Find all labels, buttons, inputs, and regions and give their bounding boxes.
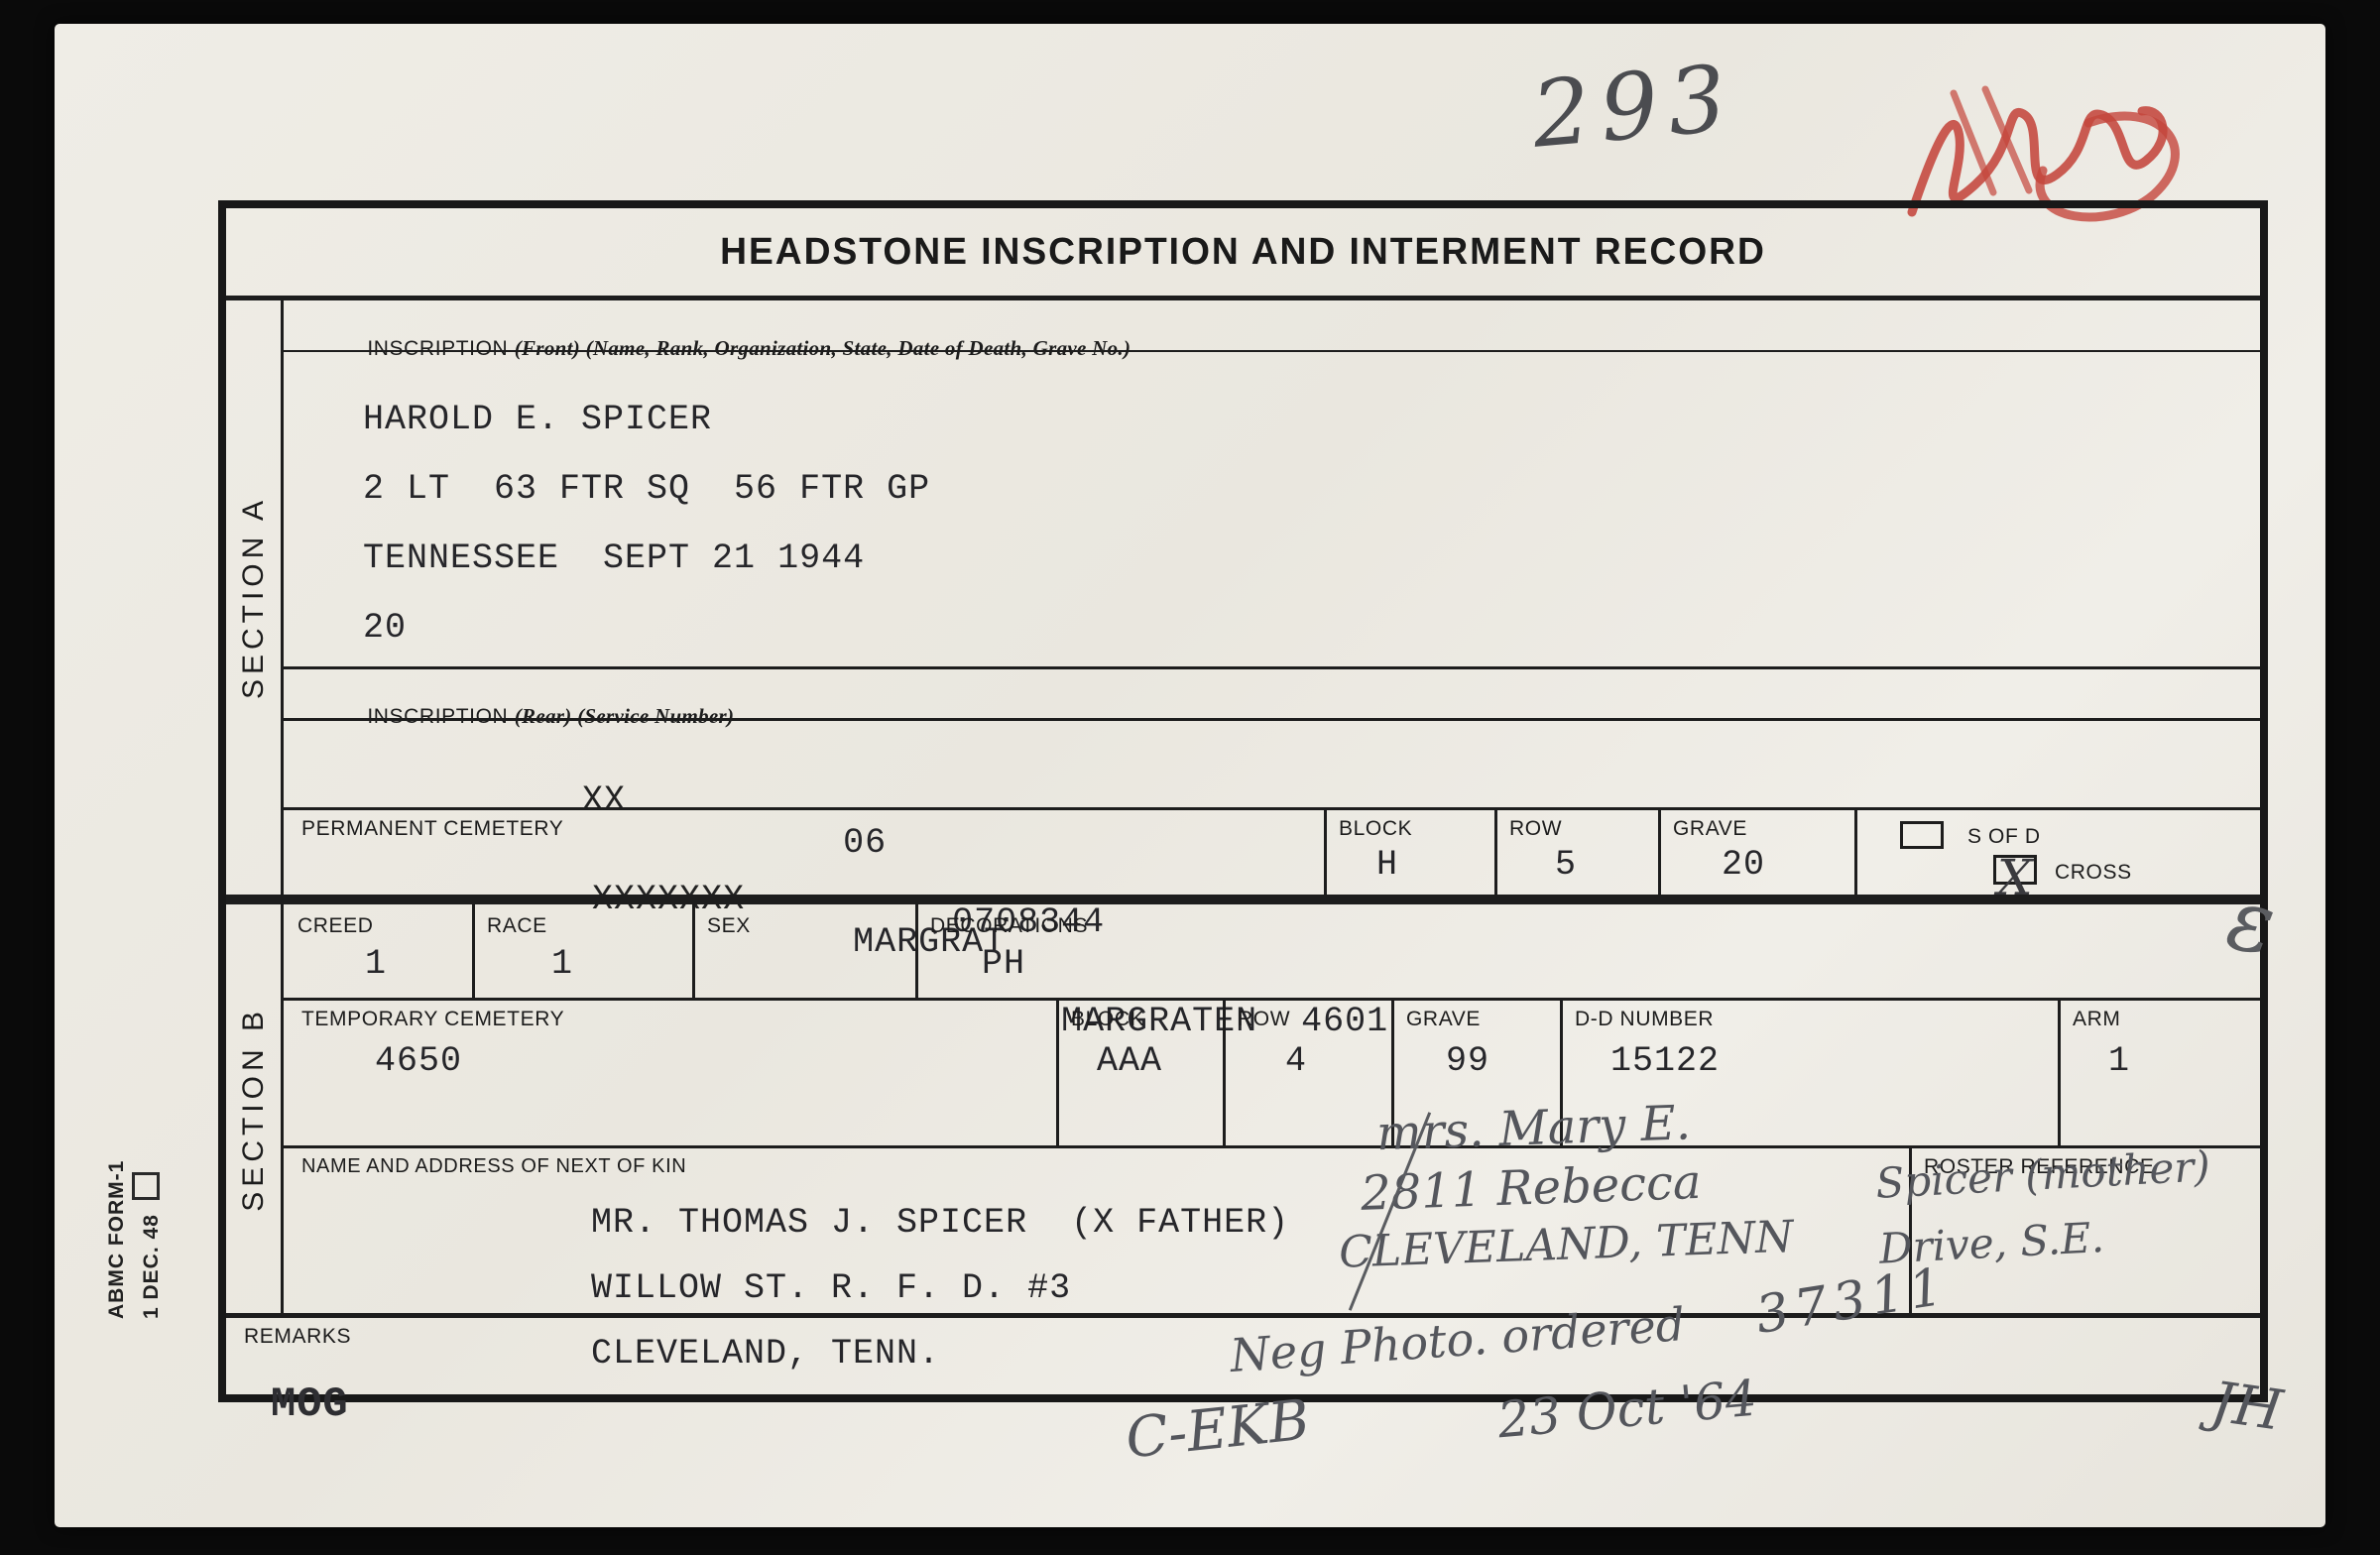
creed-label: CREED: [297, 914, 374, 938]
kin-handwritten-note: mrs. Mary E. 2811 Rebecca CLEVELAND, TEN…: [1375, 1090, 1795, 1280]
decorations-value: PH: [982, 944, 1025, 984]
dd-number-label: D-D NUMBER: [1575, 1008, 1714, 1031]
form-title: HEADSTONE INSCRIPTION AND INTERMENT RECO…: [247, 208, 2240, 296]
bottom-code: MOG: [271, 1380, 349, 1428]
perm-block-line: [1324, 810, 1327, 895]
permanent-cemetery-value: MARGRAT XXXXXXX MARGRATEN 4601: [373, 843, 1388, 1081]
inscription-rear-label: INSCRIPTION (Rear) (Service Number): [303, 680, 734, 753]
perm-row-topline: [284, 807, 2260, 810]
paper-card: 293 HEADSTONE INSCRIPTION AND INTERMENT …: [55, 24, 2325, 1527]
temp-row-value: 4: [1285, 1041, 1307, 1081]
perm-grave-label: GRAVE: [1673, 817, 1747, 841]
perm-grave-value: 20: [1722, 845, 1765, 885]
s-of-d-checkbox: [1900, 821, 1944, 849]
section-divider: [226, 895, 2260, 904]
temp-row-line: [1223, 1001, 1226, 1145]
scanned-record: 293 HEADSTONE INSCRIPTION AND INTERMENT …: [0, 0, 2380, 1555]
permanent-cemetery-label: PERMANENT CEMETERY: [301, 817, 563, 841]
page-number-handwritten: 293: [1528, 45, 1740, 169]
form-id-block: ABMC FORM-1 1 DEC. 48: [102, 1029, 168, 1319]
perm-row-value: 5: [1555, 845, 1577, 885]
rear-label-underline: [284, 718, 2260, 721]
race-value: 1: [551, 944, 573, 984]
temp-grave-label: GRAVE: [1406, 1008, 1481, 1031]
decorations-label: DECORATIONS: [930, 914, 1088, 938]
temp-block-label: BLOCK: [1071, 1008, 1144, 1031]
temp-block-line: [1056, 1001, 1059, 1145]
remarks-label: REMARKS: [244, 1325, 351, 1349]
sex-line: [692, 904, 695, 998]
front-label-underline: [284, 350, 2260, 352]
next-of-kin-label: NAME AND ADDRESS OF NEXT OF KIN: [301, 1155, 686, 1178]
s-of-d-label: S OF D: [1967, 825, 2041, 849]
race-label: RACE: [487, 914, 547, 938]
perm-row-line: [1494, 810, 1497, 895]
inscription-front-value: HAROLD E. SPICER 2 LT 63 FTR SQ 56 FTR G…: [363, 385, 930, 662]
section-a-label: SECTION A: [237, 496, 271, 699]
temp-block-value: AAA: [1097, 1041, 1162, 1081]
arm-value: 1: [2108, 1041, 2130, 1081]
perm-block-label: BLOCK: [1339, 817, 1412, 841]
temp-row-label: ROW: [1238, 1008, 1290, 1031]
arm-label: ARM: [2073, 1008, 2120, 1031]
next-of-kin-value: MR. THOMAS J. SPICER (X FATHER) WILLOW S…: [591, 1190, 1289, 1386]
rear-row-topline: [284, 666, 2260, 669]
section-b-strip: SECTION B: [226, 904, 284, 1313]
creed-value: 1: [365, 944, 387, 984]
corner-initials-handwritten: JH: [2207, 1370, 2287, 1443]
temporary-cemetery-value: 4650: [375, 1041, 462, 1081]
temp-grave-value: 99: [1446, 1041, 1489, 1081]
temporary-cemetery-label: TEMPORARY CEMETERY: [301, 1008, 564, 1031]
section-b-label: SECTION B: [237, 1007, 271, 1212]
permanent-cemetery-struck: MARGRAT XXXXXXX: [591, 883, 1006, 1041]
form-id-checkbox: [132, 1172, 160, 1200]
perm-block-value: H: [1376, 845, 1398, 885]
perm-checkbox-line: [1854, 810, 1857, 895]
decorations-line: [915, 904, 918, 998]
arm-line: [2058, 1001, 2061, 1145]
cross-label: CROSS: [2055, 861, 2132, 885]
inscription-front-label: INSCRIPTION (Front) (Name, Rank, Organiz…: [303, 312, 1130, 385]
title-divider: [226, 296, 2260, 300]
temp-row-topline: [284, 998, 2260, 1001]
dd-number-value: 15122: [1610, 1041, 1720, 1081]
perm-row-label: ROW: [1509, 817, 1562, 841]
race-line: [472, 904, 475, 998]
remarks-row-topline: [226, 1313, 2260, 1318]
sex-label: SEX: [707, 914, 751, 938]
section-a-strip: SECTION A: [226, 300, 284, 895]
perm-grave-line: [1658, 810, 1661, 895]
